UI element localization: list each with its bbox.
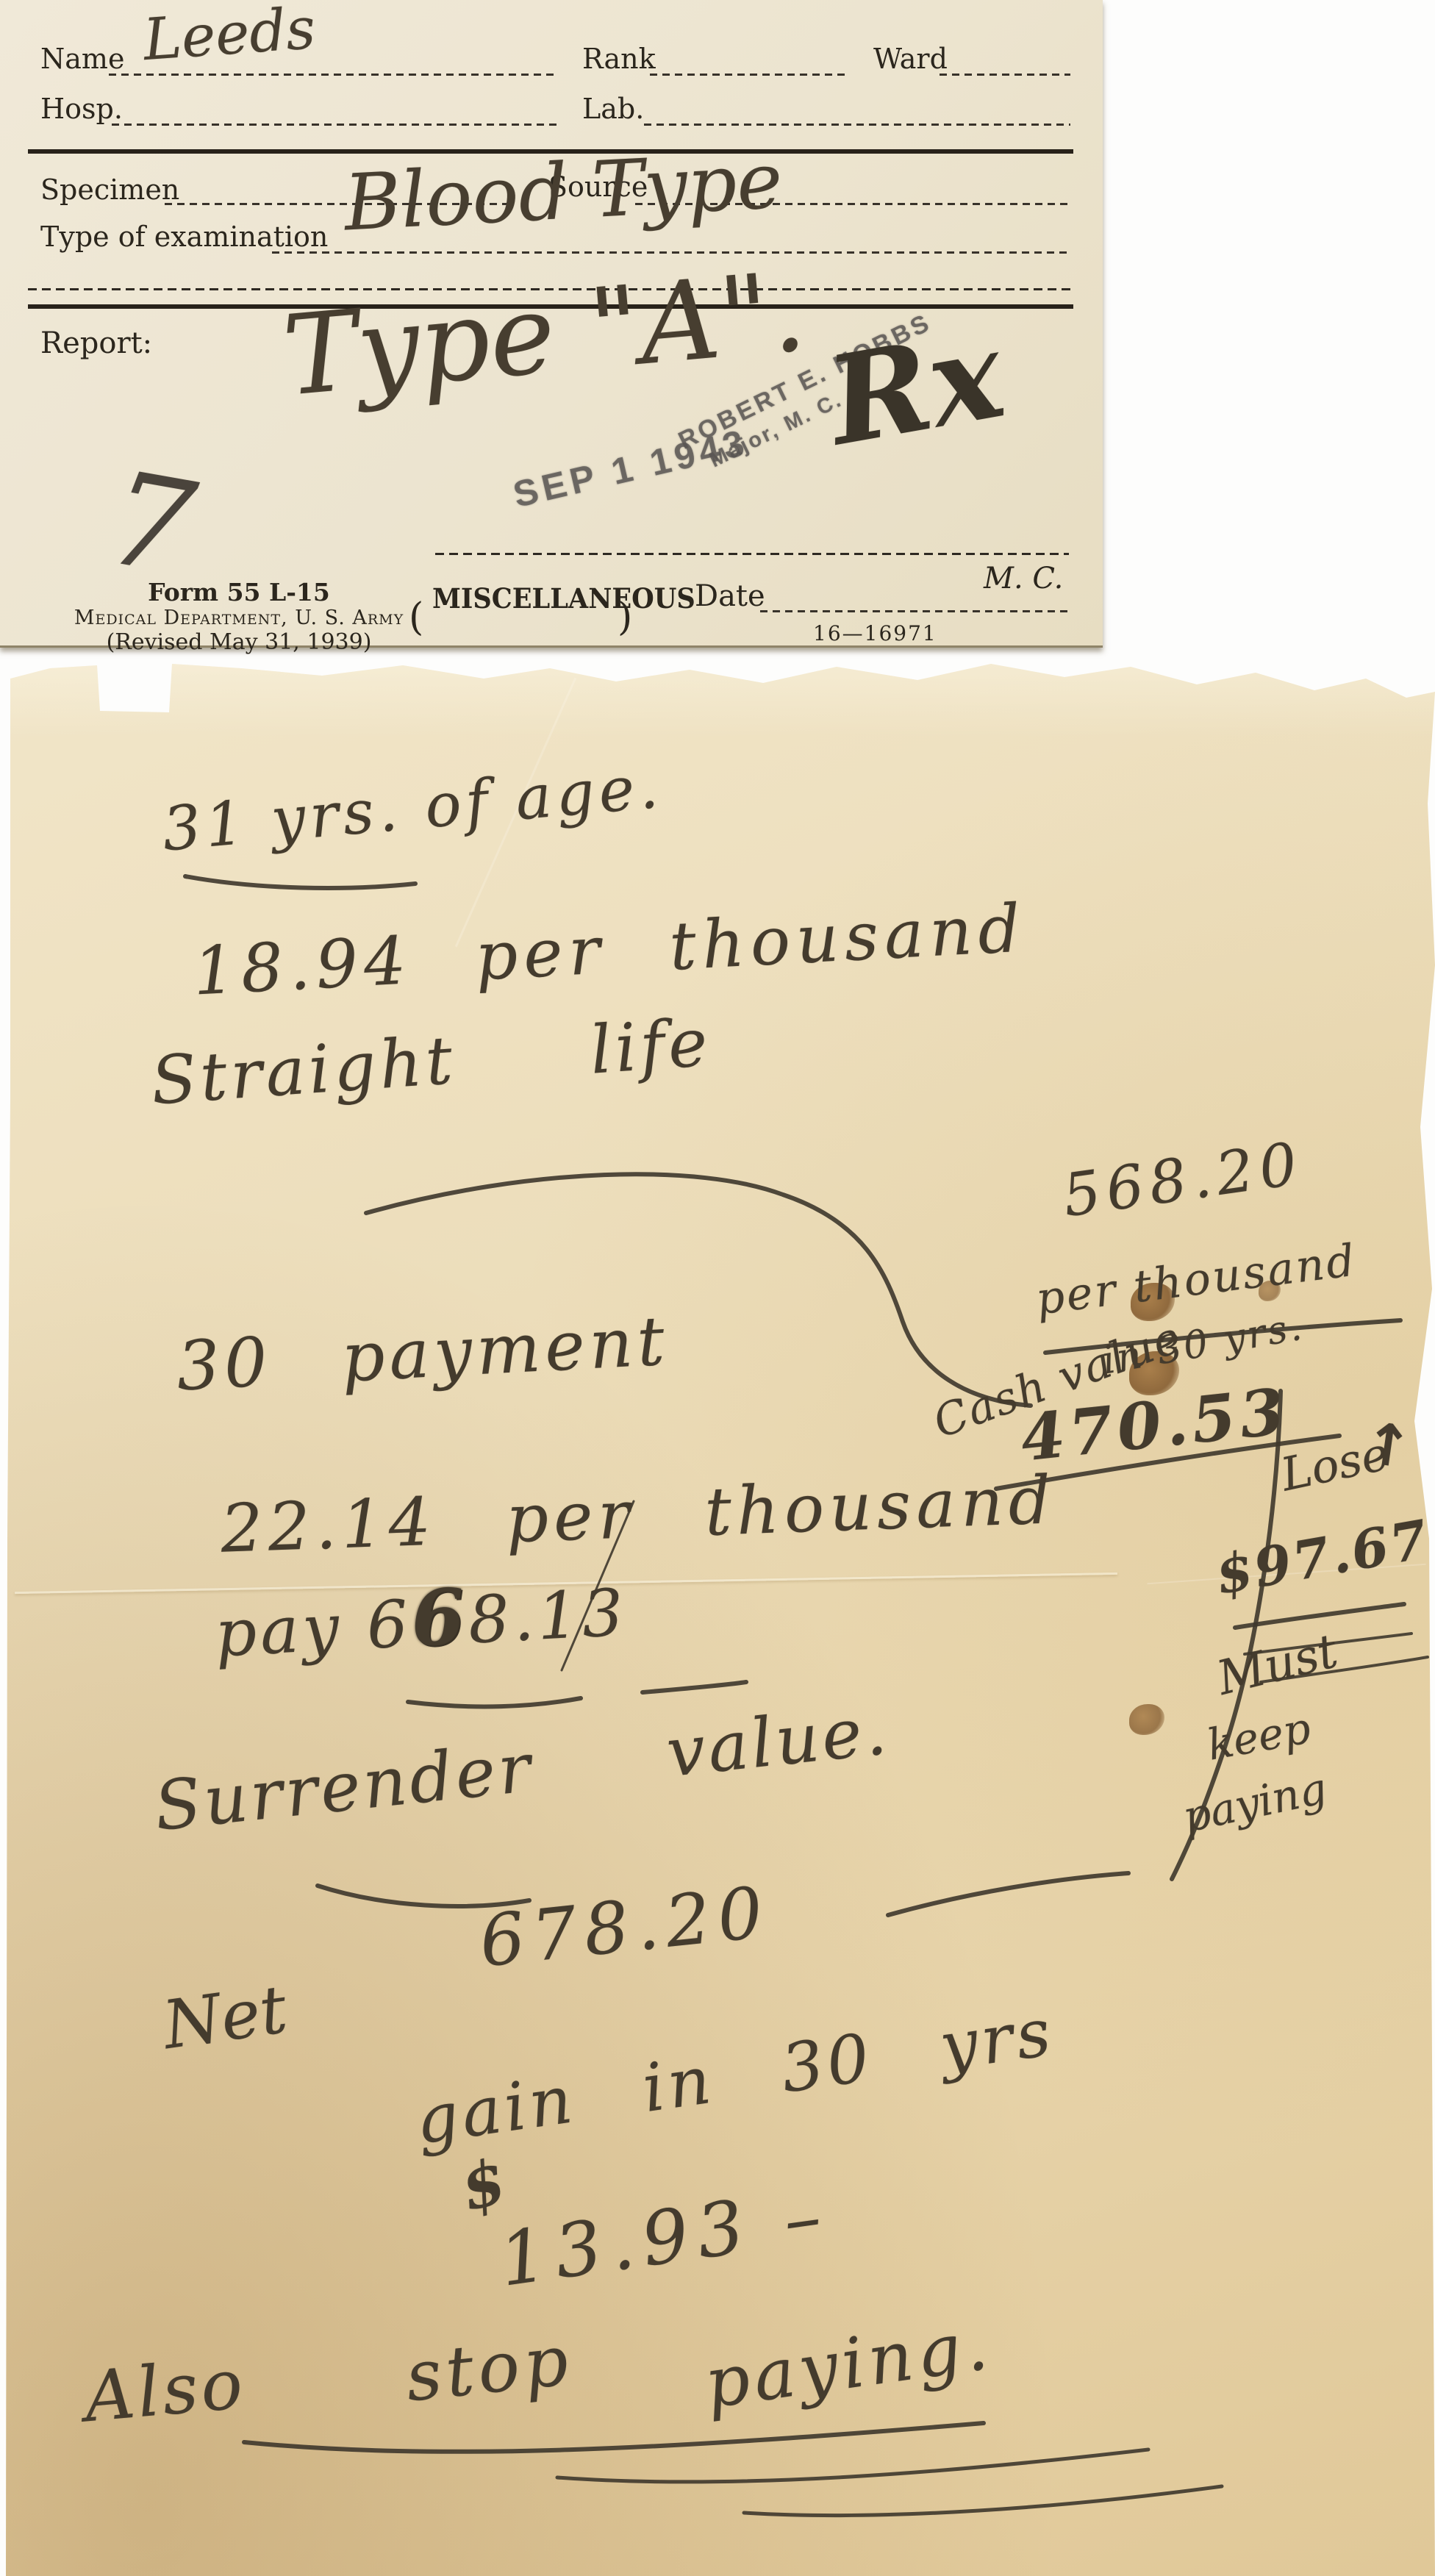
specimen-field-label: Specimen: [40, 173, 179, 206]
dotted-leader: [650, 74, 845, 76]
print-code: 16—16971: [813, 621, 937, 645]
hosp-field-label: Hosp.: [40, 93, 123, 125]
name-field-value: Leeds: [141, 0, 318, 74]
dashed-rule: [435, 553, 1069, 555]
form-number: Form 55 L-15: [66, 578, 412, 607]
dotted-leader: [272, 251, 1070, 254]
paren-close: ): [618, 595, 632, 640]
department-line: Medical Department, U. S. Army: [66, 607, 412, 629]
lab-form-card: Name Leeds Rank Ward Hosp. Lab. Specimen…: [0, 0, 1103, 648]
report-field-value: Type "A".: [279, 248, 811, 421]
rank-field-label: Rank: [582, 43, 656, 75]
lab-field-label: Lab.: [582, 93, 644, 125]
date-field-label: Date: [695, 579, 765, 613]
note-pay-suffix: 8.13: [466, 1574, 629, 1658]
signature-mark: Rx: [818, 302, 1014, 473]
mc-suffix-label: M. C.: [984, 562, 1063, 595]
dotted-leader: [940, 74, 1070, 76]
revision-line: (Revised May 31, 1939): [66, 629, 412, 655]
dotted-leader: [112, 124, 557, 126]
note-also-word: Also: [82, 2344, 248, 2439]
ward-field-label: Ward: [873, 43, 948, 75]
note-pay-prefix: pay 6: [213, 1586, 414, 1672]
name-field-label: Name: [40, 43, 124, 75]
dotted-leader: [644, 124, 1070, 126]
scanned-documents-canvas: Name Leeds Rank Ward Hosp. Lab. Specimen…: [0, 0, 1435, 2576]
dotted-leader: [109, 74, 557, 76]
note-lose-arrow: ↑: [1359, 1410, 1416, 1482]
note-pay-overwritten-digit: 6: [409, 1571, 470, 1664]
dotted-leader: [760, 610, 1067, 612]
form-identification-block: Form 55 L-15 Medical Department, U. S. A…: [66, 578, 412, 655]
category-label: MISCELLANEOUS: [432, 582, 695, 615]
type-of-examination-label: Type of examination: [40, 221, 328, 253]
paren-open: (: [409, 595, 423, 640]
report-field-label: Report:: [40, 326, 152, 360]
